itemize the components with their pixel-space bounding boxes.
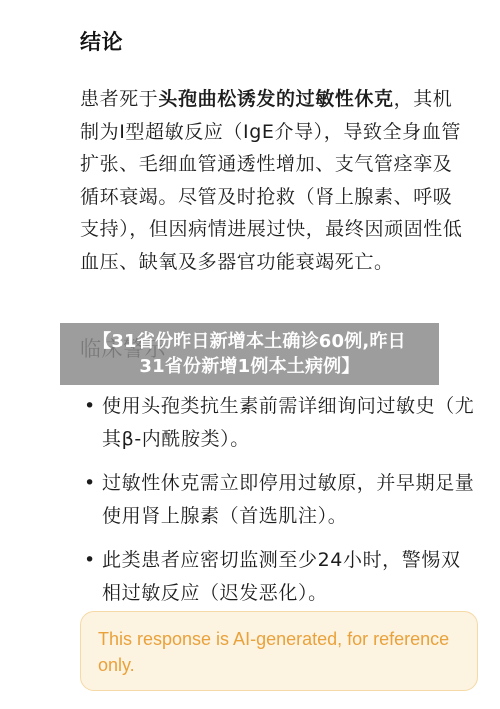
headline-overlay-banner: 【31省份昨日新增本土确诊60例,昨日 31省份新增1例本土病例】	[60, 323, 439, 385]
conclusion-heading: 结论	[80, 26, 123, 56]
warning-text: 使用头孢类抗生素前需详细询问过敏史（尤其β-内酰胺类）。	[102, 395, 474, 450]
ai-notice-text: This response is AI-generated, for refer…	[98, 629, 449, 675]
conclusion-paragraph: 患者死于头孢曲松诱发的过敏性休克，其机制为I型超敏反应（IgE介导），导致全身血…	[80, 83, 470, 278]
warning-list-item: • 过敏性休克需立即停用过敏原，并早期足量使用肾上腺素（首选肌注）。	[80, 467, 480, 532]
paragraph-lead: 患者死于	[80, 88, 158, 110]
bullet-dot-icon: •	[84, 544, 96, 577]
paragraph-bold-diagnosis: 头孢曲松诱发的过敏性休克	[158, 88, 393, 110]
warning-list-item: • 此类患者应密切监测至少24小时，警惕双相过敏反应（迟发恶化）。	[80, 544, 480, 609]
bullet-dot-icon: •	[84, 390, 96, 423]
ai-generated-notice: This response is AI-generated, for refer…	[80, 611, 478, 691]
warning-text: 过敏性休克需立即停用过敏原，并早期足量使用肾上腺素（首选肌注）。	[102, 472, 474, 527]
warning-list: • 使用头孢类抗生素前需详细询问过敏史（尤其β-内酰胺类）。 • 过敏性休克需立…	[80, 390, 480, 621]
bullet-dot-icon: •	[84, 467, 96, 500]
banner-line-2: 31省份新增1例本土病例】	[60, 354, 439, 379]
warning-list-item: • 使用头孢类抗生素前需详细询问过敏史（尤其β-内酰胺类）。	[80, 390, 480, 455]
banner-line-1: 【31省份昨日新增本土确诊60例,昨日	[60, 329, 439, 354]
paragraph-rest: ，其机制为I型超敏反应（IgE介导），导致全身血管扩张、毛细血管通透性增加、支气…	[80, 88, 463, 273]
warning-text: 此类患者应密切监测至少24小时，警惕双相过敏反应（迟发恶化）。	[102, 549, 461, 604]
